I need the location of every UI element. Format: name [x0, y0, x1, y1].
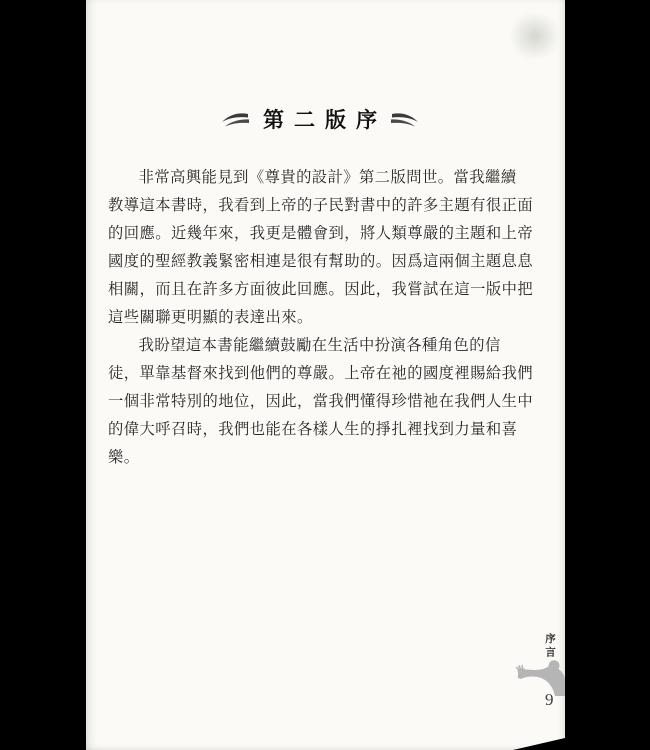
page-title: 第二版序 [263, 104, 387, 134]
text-line: 一個非常特別的地位，因此，當我們懂得珍惜祂在我們人生中 [108, 388, 534, 416]
text-line: 徒，單靠基督來找到他們的尊嚴。上帝在祂的國度裡賜給我們 [108, 360, 534, 388]
chapter-title-row: 第二版序 [108, 90, 532, 148]
text-line: 這些關聯更明顯的表達出來。 [108, 304, 534, 332]
body-text: 非常高興能見到《尊貴的設計》第二版問世。當我繼續 教導這本書時，我看到上帝的子民… [108, 164, 534, 472]
text-line: 的偉大呼召時，我們也能在各樣人生的掙扎裡找到力量和喜 [108, 416, 534, 444]
text-line: 教導這本書時，我看到上帝的子民對書中的許多主題有很正面 [108, 192, 534, 220]
leaping-figure-silhouette [516, 660, 565, 696]
scan-background: 第二版序 非常高興能見到《尊貴的設計》第二版問世。當我繼續 教導這本書時，我看到… [0, 0, 650, 750]
text-line: 我盼望這本書能繼續鼓勵在生活中扮演各種角色的信 [108, 332, 534, 360]
title-flourish-left-icon [221, 111, 249, 127]
page-corner-shadow [513, 738, 565, 750]
page-number: 9 [545, 690, 554, 710]
text-line: 樂。 [108, 444, 534, 472]
text-line: 非常高興能見到《尊貴的設計》第二版問世。當我繼續 [108, 164, 534, 192]
title-flourish-right-icon [391, 111, 419, 127]
book-page: 第二版序 非常高興能見到《尊貴的設計》第二版問世。當我繼續 教導這本書時，我看到… [86, 0, 565, 750]
person-icon [516, 660, 565, 696]
scan-smudge [510, 12, 560, 60]
text-line: 相關，而且在許多方面彼此回應。因此，我嘗試在這一版中把 [108, 276, 534, 304]
text-line: 的回應。近幾年來，我更是體會到，將人類尊嚴的主題和上帝 [108, 220, 534, 248]
text-line: 國度的聖經教義緊密相連是很有幫助的。因爲這兩個主題息息 [108, 248, 534, 276]
margin-label: 序言 [542, 633, 557, 660]
